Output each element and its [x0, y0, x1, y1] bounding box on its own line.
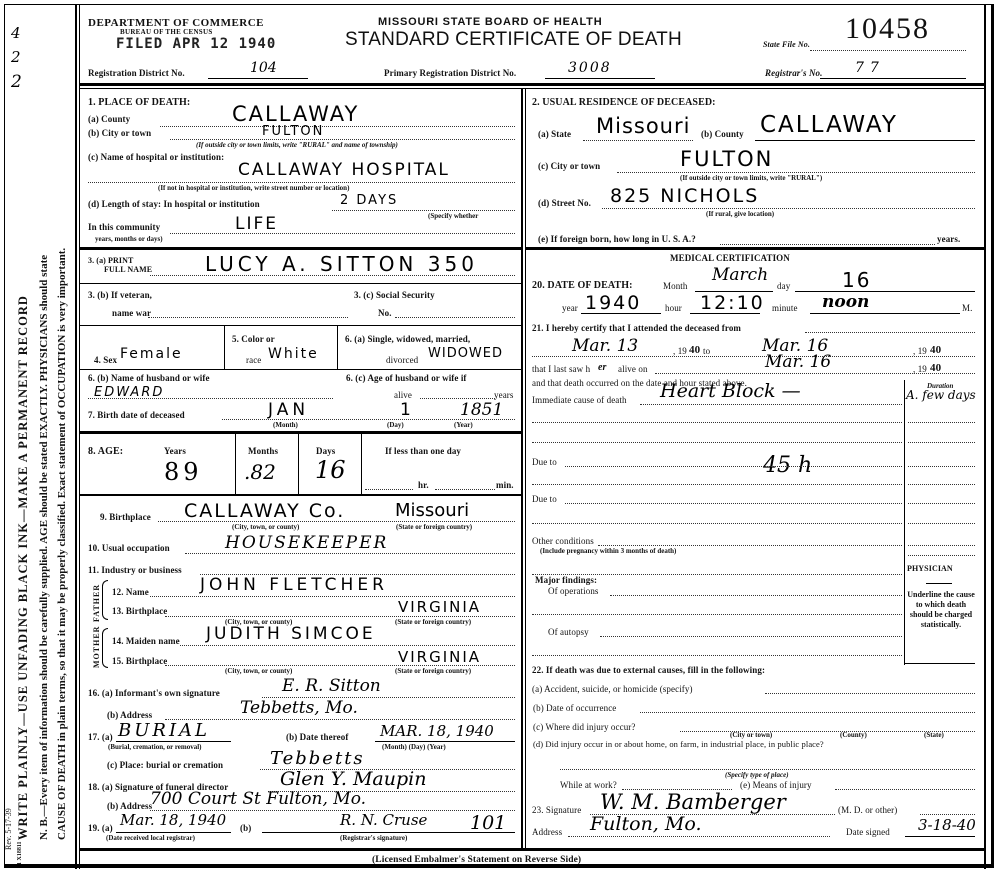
death-month: March [712, 265, 768, 285]
funeral-address-label: (b) Address [107, 801, 152, 811]
mother-state-caption: (State or foreign country) [395, 667, 471, 675]
birthplace-label: 9. Birthplace [100, 512, 151, 522]
years-suffix: years. [937, 234, 960, 244]
external-causes-heading: 22. If death was due to external causes,… [532, 665, 765, 675]
color-label: 5. Color or [232, 334, 275, 344]
due-to-label-1: Due to [532, 457, 557, 467]
union-label: 1 X18811 [17, 841, 23, 865]
spouse-years-label: years [494, 390, 514, 400]
residence-city-label: (c) City or town [538, 161, 600, 171]
from-year: 40 [689, 344, 700, 356]
registrar-label: Registrar's No. [765, 68, 823, 78]
name-label-1: 3. (a) PRINT [88, 256, 133, 265]
registrar-label-b: (b) [240, 823, 251, 833]
burial-label: 17. (a) [88, 732, 113, 742]
burial-date-label: (b) Date thereof [286, 732, 348, 742]
funeral-address: 700 Court St Fulton, Mo. [150, 789, 366, 809]
birthplace-city-caption: (City, town, or county) [232, 523, 299, 531]
less-than-day-label: If less than one day [385, 446, 461, 456]
death-minute-label: minute [772, 303, 798, 313]
registrar-label-a: 19. (a) [88, 823, 113, 833]
day-caption: (Day) [387, 421, 404, 429]
other-conditions-note: (Include pregnancy within 3 months of de… [540, 547, 676, 555]
veteran-label: 3. (b) If veteran, [88, 290, 152, 300]
margin-divider-2 [79, 4, 80, 869]
spouse-label: 6. (b) Name of husband or wife [88, 373, 210, 383]
death-day-label: day [777, 281, 790, 291]
last-saw-date: Mar. 16 [765, 352, 831, 372]
year-caption: (Year) [454, 421, 473, 429]
min-label: min. [496, 480, 514, 490]
due-to-label-2: Due to [532, 494, 557, 504]
hr-label: hr. [418, 480, 429, 490]
war-label: name war [112, 308, 151, 318]
industry-label: 11. Industry or business [88, 565, 182, 575]
registration-district-label: Registration District No. [88, 68, 185, 78]
certifier-address: Fulton, Mo. [590, 813, 702, 835]
to-year-prefix: , 19 [913, 346, 927, 356]
spouse-age-label: 6. (c) Age of husband or wife if [346, 373, 467, 383]
mother-city-caption: (City, town, or county) [225, 667, 292, 675]
mother-birthplace: VIRGINIA [398, 648, 481, 666]
date-received-caption: (Date received local registrar) [106, 834, 195, 842]
sex-label: 4. Sex [94, 355, 117, 365]
margin-line-2: N. B.—Every item of information should b… [38, 255, 50, 840]
date-signed: 3-18-40 [918, 816, 976, 834]
divorced-label: divorced [386, 355, 418, 365]
death-hour: 12:10 [700, 292, 765, 314]
registrar-signature: R. N. Cruse [340, 811, 427, 829]
informant-signature: E. R. Sitton [282, 676, 381, 696]
age-months: .82 [244, 460, 276, 484]
age-years: 89 [164, 458, 203, 486]
father-name: JOHN FLETCHER [200, 575, 388, 595]
days-label: Days [316, 446, 335, 456]
state-file-label: State File No. [763, 40, 810, 49]
margin-note-1: 4 [11, 24, 21, 42]
informant-signature-label: 16. (a) Informant's own signature [88, 688, 220, 698]
from-year-prefix: , 19 [673, 346, 687, 356]
informant-address: Tebbetts, Mo. [240, 698, 358, 718]
father-side-label: FATHER [92, 584, 101, 622]
mother-maiden-name: JUDITH SIMCOE [206, 624, 376, 644]
injury-state-caption: (State) [924, 731, 944, 739]
birth-month: JAN [268, 400, 309, 420]
death-month-label: Month [663, 281, 688, 291]
autopsy-label: Of autopsy [548, 627, 589, 637]
burial-method-caption: (Burial, cremation, or removal) [108, 743, 202, 751]
certify-label: 21. I hereby certify that I attended the… [532, 323, 741, 333]
residence-street: 825 NICHOLS [610, 185, 759, 207]
residence-heading: 2. USUAL RESIDENCE OF DECEASED: [532, 97, 716, 108]
occupation-label: 10. Usual occupation [88, 543, 170, 553]
street-label: (d) Street No. [538, 198, 591, 208]
last-saw-label: that I last saw h [532, 364, 590, 374]
stay-hospital: 2 DAYS [340, 193, 398, 208]
registrar-signature-caption: (Registrar's signature) [340, 834, 407, 842]
state-file-number: 10458 [845, 12, 930, 46]
margin-divider [75, 4, 77, 869]
duration-value: A. few days [906, 388, 976, 402]
date-received: Mar. 18, 1940 [120, 811, 226, 829]
injury-city-caption: (City or town) [730, 731, 772, 739]
years-label: Years [164, 446, 186, 456]
community-length: LIFE [235, 214, 278, 234]
residence-city: FULTON [680, 147, 773, 171]
margin-line-1: WRITE PLAINLY—USE UNFADING BLACK INK—MAK… [16, 295, 31, 840]
registrar-no: 77 [855, 60, 885, 76]
means-of-injury-label: (e) Means of injury [740, 780, 812, 790]
injury-county-caption: (County) [840, 731, 867, 739]
immediate-cause-label: Immediate cause of death [532, 395, 627, 405]
birth-day: 1 [400, 400, 413, 420]
race-label: race [246, 355, 261, 365]
race-value: White [268, 346, 319, 362]
ssn-no-label: No. [378, 308, 392, 318]
date-signed-label: Date signed [846, 827, 890, 837]
registration-district-no: 104 [250, 60, 277, 76]
death-hour-label: hour [665, 303, 682, 313]
residence-state: Missouri [596, 114, 690, 138]
accident-label: (a) Accident, suicide, or homicide (spec… [532, 684, 693, 694]
death-county: CALLAWAY [232, 102, 359, 126]
residence-county: CALLAWAY [760, 112, 898, 138]
birthplace-state-caption: (State or foreign country) [396, 523, 472, 531]
bureau-label: BUREAU OF THE CENSUS [120, 28, 213, 36]
certifier-signature: W. M. Bamberger [600, 790, 786, 814]
registrar-number: 101 [470, 812, 506, 834]
to-label: to [703, 346, 710, 356]
certificate-title: STANDARD CERTIFICATE OF DEATH [345, 29, 682, 51]
certifier-signature-label: 23. Signature [532, 805, 581, 815]
last-saw-pronoun: er [598, 362, 607, 373]
age-days: 16 [315, 456, 346, 484]
residence-county-label: (b) County [701, 129, 744, 139]
primary-registration-label: Primary Registration District No. [384, 68, 516, 78]
where-injury-label: (c) Where did injury occur? [533, 722, 636, 732]
injury-place-label: (d) Did injury occur in or about home, o… [533, 739, 824, 749]
sex-value: Female [120, 346, 183, 362]
while-at-work-label: While at work? [560, 780, 617, 790]
father-state-caption: (State or foreign country) [395, 618, 471, 626]
name-label-2: FULL NAME [104, 265, 152, 274]
occurrence-date-label: (b) Date of occurrence [533, 703, 616, 713]
funeral-director-signature: Glen Y. Maupin [280, 768, 426, 790]
hospital-label: (c) Name of hospital or institution: [88, 152, 224, 162]
birthplace-city: CALLAWAY Co. [184, 500, 345, 522]
burial-method: BURIAL [118, 720, 210, 741]
community-note: years, months or days) [95, 235, 163, 243]
death-year-label: year [562, 303, 578, 313]
birth-year: 1851 [460, 400, 503, 420]
informant-address-label: (b) Address [107, 710, 152, 720]
birth-date-label: 7. Birth date of deceased [88, 410, 185, 420]
center-divider [521, 88, 523, 850]
county-label: (a) County [88, 114, 130, 124]
street-note: (If rural, give location) [706, 210, 774, 218]
marital-status: WIDOWED [428, 346, 503, 361]
underline-cause-note: Underline the cause to which death shoul… [907, 590, 975, 630]
city-note: (If outside city or town limits, write "… [196, 141, 398, 149]
m-suffix: M. [962, 303, 972, 313]
medical-heading: MEDICAL CERTIFICATION [670, 253, 790, 263]
date-of-death-label: 20. DATE OF DEATH: [532, 280, 633, 291]
father-name-label: 12. Name [112, 587, 149, 597]
filed-stamp: FILED APR 12 1940 [116, 36, 276, 52]
margin-note-2: 2 [11, 48, 21, 66]
residence-city-note: (If outside city or town limits, write "… [680, 174, 822, 182]
hospital-note: (If not in hospital or institution, writ… [158, 184, 349, 192]
embalmer-note: (Licensed Embalmer's Statement on Revers… [372, 855, 581, 865]
death-hospital: CALLAWAY HOSPITAL [238, 160, 450, 180]
foreign-born-label: (e) If foreign born, how long in U. S. A… [538, 234, 696, 244]
deceased-full-name: LUCY A. SITTON 350 [205, 252, 478, 276]
age-label: 8. AGE: [88, 446, 123, 457]
burial-place: Tebbetts [270, 748, 365, 769]
immediate-cause: Heart Block — [660, 380, 801, 402]
father-birthplace: VIRGINIA [398, 598, 481, 616]
major-findings-label: Major findings: [535, 575, 597, 585]
alive-on-label: alive on [618, 364, 648, 374]
death-year: 1940 [585, 292, 641, 314]
mother-name-label: 14. Maiden name [112, 636, 180, 646]
primary-registration-no: 3008 [568, 60, 612, 76]
community-label: In this community [88, 222, 160, 232]
certifier-address-label: Address [532, 827, 562, 837]
operations-label: Of operations [548, 586, 599, 596]
burial-place-label: (c) Place: burial or cremation [107, 760, 223, 770]
margin-line-3: CAUSE OF DEATH in plain terms, so that i… [56, 248, 68, 840]
burial-date-caption: (Month) (Day) (Year) [382, 743, 446, 751]
other-conditions-label: Other conditions [532, 536, 594, 546]
physician-label: PHYSICIAN [907, 564, 953, 573]
attended-from: Mar. 13 [572, 336, 638, 356]
burial-date: MAR. 18, 1940 [380, 722, 494, 740]
city-label: (b) City or town [88, 128, 151, 138]
birthplace-state: Missouri [395, 500, 469, 521]
revision-note: Rev. 5-17-39 [4, 808, 13, 850]
right-border-inner [984, 4, 986, 869]
spouse-alive-label: alive [394, 390, 412, 400]
residence-state-label: (a) State [538, 129, 571, 139]
board-of-health: MISSOURI STATE BOARD OF HEALTH [378, 16, 602, 28]
stay-label: (d) Length of stay: In hospital or insti… [88, 199, 260, 209]
margin-note-3: 2 [11, 72, 22, 92]
place-of-death-heading: 1. PLACE OF DEATH: [88, 97, 190, 108]
ssn-label: 3. (c) Social Security [354, 290, 435, 300]
mother-side-label: MOTHER [92, 626, 101, 668]
death-city: FULTON [262, 124, 324, 139]
month-caption: (Month) [273, 421, 298, 429]
place-type-caption: (Specify type of place) [725, 771, 789, 779]
stay-note: (Specify whether [428, 212, 478, 220]
death-minute: noon [822, 292, 869, 312]
mother-birthplace-label: 15. Birthplace [112, 656, 167, 666]
to-year: 40 [930, 344, 941, 356]
md-label: (M. D. or other) [838, 805, 897, 815]
death-day: 16 [842, 268, 871, 292]
occupation-value: HOUSEKEEPER [225, 533, 388, 553]
father-birthplace-label: 13. Birthplace [112, 606, 167, 616]
marital-label: 6. (a) Single, widowed, married, [345, 334, 470, 344]
months-label: Months [248, 446, 278, 456]
